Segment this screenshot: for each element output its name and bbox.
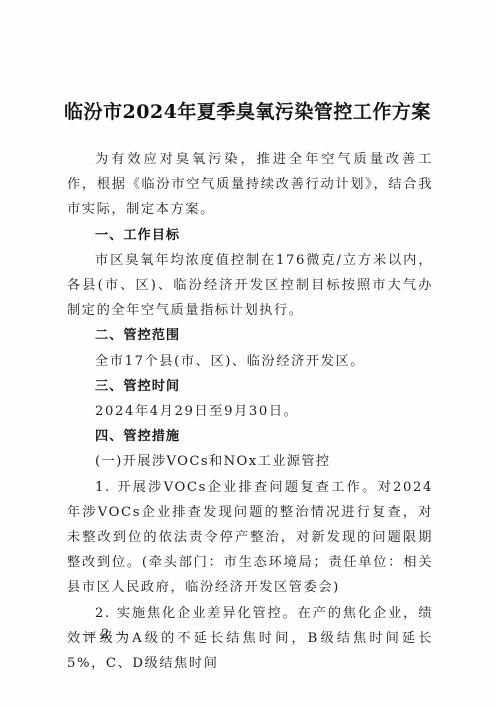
section-heading-measures: 四、管控措施	[67, 424, 433, 449]
subsection-heading-industrial: (一)开展涉VOCs和NOx工业源管控	[67, 449, 433, 474]
section-heading-period: 三、管控时间	[67, 374, 433, 399]
measure-item-1: 1. 开展涉VOCs企业排查问题复查工作。对2024年涉VOCs企业排查发现问题…	[67, 475, 433, 601]
section-text-goals: 市区臭氧年均浓度值控制在176微克/立方米以内，各县(市、区)、临汾经济开发区控…	[67, 248, 433, 324]
page-number: — 2 —	[82, 627, 130, 642]
intro-paragraph: 为有效应对臭氧污染，推进全年空气质量改善工作，根据《临汾市空气质量持续改善行动计…	[67, 147, 433, 223]
document-page: 临汾市2024年夏季臭氧污染管控工作方案 为有效应对臭氧污染，推进全年空气质量改…	[0, 0, 495, 708]
document-body: 为有效应对臭氧污染，推进全年空气质量改善工作，根据《临汾市空气质量持续改善行动计…	[67, 147, 433, 676]
section-text-period: 2024年4月29日至9月30日。	[67, 399, 433, 424]
section-heading-scope: 二、管控范围	[67, 323, 433, 348]
section-heading-goals: 一、工作目标	[67, 223, 433, 248]
document-title: 临汾市2024年夏季臭氧污染管控工作方案	[0, 99, 495, 125]
section-text-scope: 全市17个县(市、区)、临汾经济开发区。	[67, 349, 433, 374]
